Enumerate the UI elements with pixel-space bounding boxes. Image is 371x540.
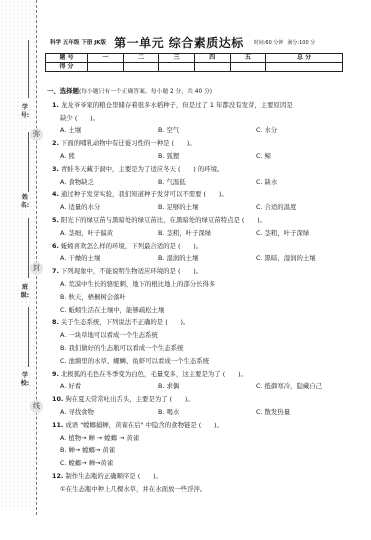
step-1: ①在生态瓶中种上几棵水草，并在水面放一些浮萍。 [47, 483, 362, 496]
section-title: 一、选择题 [47, 87, 79, 95]
option-c[interactable]: C. 池塘里的水草、螺蛳、鱼虾可以看成一个生态系统 [47, 355, 362, 368]
question-number: 10. [52, 395, 63, 403]
question-text: 关于生态系统，下列说法不正确的是 ( )。 [61, 318, 189, 326]
score-cell: 总 分 [266, 54, 343, 63]
score-cell: 题 号 [46, 54, 88, 63]
options-row: A. 熊B. 狐狸C. 鲸 [47, 150, 362, 163]
option-c[interactable]: C. 合适的温度 [256, 201, 354, 214]
seal-word-mi: 弥 [30, 128, 43, 141]
question-9: 9. 北极狐的毛色在冬季变为白色，毛量变多，这主要是为了 ( )。 [47, 368, 362, 381]
score-cell: 四 [194, 54, 230, 63]
page-title: 第一单元 综合素质达标 [114, 34, 244, 51]
score-cell: 二 [123, 54, 159, 63]
option-c[interactable]: C. 鲸 [256, 150, 354, 163]
options-row: A. 干燥的土壤B. 湿润的土壤C. 黑暗、湿润的土壤 [47, 252, 362, 265]
option-a[interactable]: A. 适量的水分 [60, 201, 158, 214]
question-number: 3. [52, 165, 59, 173]
score-cell: 三 [159, 54, 195, 63]
option-b[interactable]: B. 蝉→ 螳螂→ 黄雀 [47, 444, 362, 457]
option-c[interactable]: C. 蚯蚓生活在土壤中，能够疏松土壤 [47, 304, 362, 317]
question-number: 5. [52, 216, 59, 224]
student-number-label: 学号: [20, 104, 30, 120]
margin-rule [28, 218, 29, 278]
question-text: 成语 "螳螂捕蝉，黄雀在后" 中隐含的食物链是 ( )。 [65, 421, 223, 429]
question-text: 狗在夏天常常吐出舌头，主要是为了 ( )。 [65, 395, 193, 403]
question-number: 2. [52, 139, 59, 147]
question-text: 阳光下的绿豆苗与黑暗处的绿豆苗比，在黑暗处的绿豆苗特点是 ( )。 [61, 216, 266, 224]
seal-word-feng: 封 [30, 262, 43, 275]
option-c[interactable]: C. 抵御寒冷，隐藏自己 [256, 380, 354, 393]
option-c[interactable]: C. 水分 [256, 124, 354, 137]
option-b[interactable]: B. 足够的土壤 [158, 201, 256, 214]
question-11: 11. 成语 "螳螂捕蝉，黄雀在后" 中隐含的食物链是 ( )。 [47, 419, 362, 432]
score-input-cell[interactable] [194, 63, 230, 72]
option-b[interactable]: B. 茎粗，叶子深绿 [158, 227, 256, 240]
question-text: 青蛙冬天藏于洞中，主要是为了适应冬天 ( ) 的环境。 [61, 165, 223, 173]
question-12: 12. 制作生态瓶的正确顺序是 ( )。 [47, 470, 362, 483]
binding-line [36, 0, 37, 515]
options-row: A. 茎细，叶子偏黄B. 茎粗，叶子深绿C. 茎粗，叶子深绿 [47, 227, 362, 240]
section-heading: 一、选择题(每小题只有一个正确答案，每小题 2 分，共 40 分) [47, 85, 362, 99]
option-b[interactable]: B. 秋天，梧桐树会落叶 [47, 291, 362, 304]
question-number: 6. [52, 242, 59, 250]
question-text: 北极狐的毛色在冬季变为白色，毛量变多，这主要是为了 ( )。 [61, 370, 247, 378]
full-score: 满分:100 分 [287, 39, 315, 46]
option-c[interactable]: C. 茎粗，叶子深绿 [256, 227, 354, 240]
score-table-header-row: 题 号 一 二 三 四 五 总 分 [46, 54, 343, 63]
question-number: 9. [52, 370, 59, 378]
section-note: (每小题只有一个正确答案，每小题 2 分，共 40 分) [79, 89, 212, 95]
options-row: A. 食物缺乏B. 气温低C. 缺水 [47, 176, 362, 189]
question-number: 11. [52, 421, 63, 429]
option-c[interactable]: C. 散发热量 [256, 406, 354, 419]
option-b[interactable]: B. 狐狸 [158, 150, 256, 163]
question-3: 3. 青蛙冬天藏于洞中，主要是为了适应冬天 ( ) 的环境。 [47, 163, 362, 176]
binding-margin [0, 0, 36, 510]
margin-rule [28, 132, 29, 192]
margin-rule [28, 40, 29, 98]
question-number: 1. [52, 101, 59, 109]
question-1: 1. 龙龙爷爷家的粮仓里储存着很多水稻种子，但是过了 1 年都没有发芽，主要原因… [47, 99, 362, 112]
question-continuation: 缺少 ( )。 [47, 112, 362, 125]
option-b[interactable]: B. 求偶 [158, 380, 256, 393]
option-a[interactable]: A. 好看 [60, 380, 158, 393]
option-a[interactable]: A. 熊 [60, 150, 158, 163]
subject-label: 科学 五年级 下册 JK版 [50, 38, 106, 46]
question-8: 8. 关于生态系统，下列说法不正确的是 ( )。 [47, 316, 362, 329]
question-7: 7. 下列现象中，不能说明生物适应环境的是 ( )。 [47, 265, 362, 278]
page-header: 科学 五年级 下册 JK版 第一单元 综合素质达标 时间:60 分钟 满分:10… [50, 33, 355, 51]
option-a[interactable]: A. 植物→ 蝉 → 螳螂 → 黄雀 [47, 432, 362, 445]
question-5: 5. 阳光下的绿豆苗与黑暗处的绿豆苗比，在黑暗处的绿豆苗特点是 ( )。 [47, 214, 362, 227]
name-label: 姓名: [20, 194, 30, 210]
question-4: 4. 通过种子发芽实验，我们知道种子发芽可以不需要 ( )。 [47, 188, 362, 201]
question-number: 4. [52, 190, 59, 198]
option-b[interactable]: B. 湿润的土壤 [158, 252, 256, 265]
question-text: 通过种子发芽实验，我们知道种子发芽可以不需要 ( )。 [61, 190, 228, 198]
option-c[interactable]: C. 螳螂→ 蝉→黄雀 [47, 457, 362, 470]
option-a[interactable]: A. 荒漠中生长的骆驼刺，地下的根比地上的部分长得多 [47, 278, 362, 291]
option-b[interactable]: B. 气温低 [158, 176, 256, 189]
option-a[interactable]: A. 干燥的土壤 [60, 252, 158, 265]
score-input-cell[interactable] [266, 63, 343, 72]
score-input-cell[interactable] [88, 63, 124, 72]
options-row: A. 寻找食物B. 喝水C. 散发热量 [47, 406, 362, 419]
score-row-label: 得 分 [46, 63, 88, 72]
option-c[interactable]: C. 缺水 [256, 176, 354, 189]
question-text: 龙龙爷爷家的粮仓里储存着很多水稻种子，但是过了 1 年都没有发芽，主要原因是 [61, 101, 293, 109]
option-b[interactable]: B. 我们做好的生态瓶可以看成一个生态系统 [47, 342, 362, 355]
score-cell: 一 [88, 54, 124, 63]
option-a[interactable]: A. 寻找食物 [60, 406, 158, 419]
option-c[interactable]: C. 黑暗、湿润的土壤 [256, 252, 354, 265]
seal-word-xian: 线 [30, 400, 43, 413]
question-number: 8. [52, 318, 59, 326]
question-content: 一、选择题(每小题只有一个正确答案，每小题 2 分，共 40 分) 1. 龙龙爷… [47, 85, 362, 496]
options-row: A. 好看B. 求偶C. 抵御寒冷，隐藏自己 [47, 380, 362, 393]
school-label: 学校: [20, 372, 30, 388]
margin-rule [28, 307, 29, 367]
question-text: 制作生态瓶的正确顺序是 ( )。 [65, 472, 162, 480]
time-limit: 时间:60 分钟 [254, 39, 284, 46]
score-table: 题 号 一 二 三 四 五 总 分 得 分 [45, 53, 343, 72]
score-input-cell[interactable] [123, 63, 159, 72]
score-input-cell[interactable] [230, 63, 266, 72]
question-number: 12. [52, 472, 63, 480]
class-label: 班级: [20, 284, 30, 300]
question-text: 下列现象中，不能说明生物适应环境的是 ( )。 [61, 267, 202, 275]
option-a[interactable]: A. 土壤 [60, 124, 158, 137]
option-a[interactable]: A. 食物缺乏 [60, 176, 158, 189]
question-10: 10. 狗在夏天常常吐出舌头，主要是为了 ( )。 [47, 393, 362, 406]
options-row: A. 适量的水分B. 足够的土壤C. 合适的温度 [47, 201, 362, 214]
score-input-cell[interactable] [159, 63, 195, 72]
option-b[interactable]: B. 空气 [158, 124, 256, 137]
options-row: A. 土壤B. 空气C. 水分 [47, 124, 362, 137]
score-cell: 五 [230, 54, 266, 63]
question-text: 下面的哺乳动物中有迁徙习性的一种是 ( )。 [61, 139, 196, 147]
question-text: 蚯蚓喜欢怎么样的环境，下列最合适的是 ( )。 [61, 242, 202, 250]
option-a[interactable]: A. 茎细，叶子偏黄 [60, 227, 158, 240]
option-a[interactable]: A. 一块草地可以看成一个生态系统 [47, 329, 362, 342]
question-2: 2. 下面的哺乳动物中有迁徙习性的一种是 ( )。 [47, 137, 362, 150]
question-number: 7. [52, 267, 59, 275]
question-6: 6. 蚯蚓喜欢怎么样的环境，下列最合适的是 ( )。 [47, 240, 362, 253]
option-b[interactable]: B. 喝水 [158, 406, 256, 419]
score-table-score-row: 得 分 [46, 63, 343, 72]
